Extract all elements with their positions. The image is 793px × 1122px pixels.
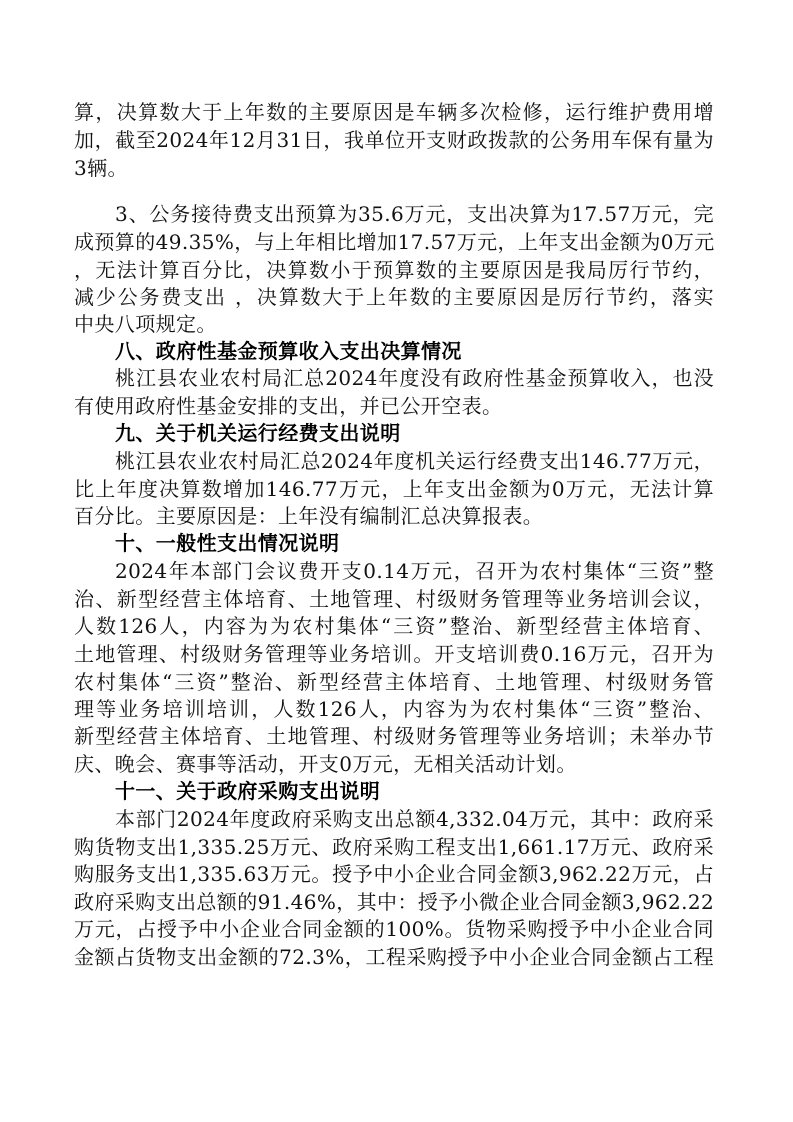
paragraph-general-expense-line-7: 新型经营主体培育、土地管理、村级财务管理等业务培训；未举办节	[74, 722, 714, 750]
paragraph-general-expense-line-3: 人数126人，内容为为农村集体“三资”整治、新型经营主体培育、	[74, 612, 714, 640]
paragraph-procurement-line-6: 金额占货物支出金额的72.3%，工程采购授予中小企业合同金额占工程	[74, 943, 714, 971]
paragraph-general-expense-line-6: 理等业务培训培训，人数126人，内容为为农村集体“三资”整治、	[74, 695, 714, 723]
paragraph-procurement-line-5: 万元，占授予中小企业合同金额的100%。货物采购授予中小企业合同	[74, 915, 714, 943]
section-heading-11: 十一、关于政府采购支出说明	[115, 777, 714, 805]
paragraph-reception-line-1: 3、公务接待费支出预算为35.6万元，支出决算为17.57万元，完	[115, 200, 714, 228]
paragraph-vehicle-line-2: 加，截至2024年12月31日，我单位开支财政拨款的公务用车保有量为	[74, 126, 714, 154]
paragraph-general-expense-line-4: 土地管理、村级财务管理等业务培训。开支培训费0.16万元，召开为	[74, 640, 714, 668]
paragraph-reception-line-3: ，无法计算百分比，决算数小于预算数的主要原因是我局厉行节约，	[74, 256, 714, 284]
paragraph-fund-budget-line-2: 有使用政府性基金安排的支出，并已公开空表。	[74, 392, 714, 420]
paragraph-procurement-line-1: 本部门2024年度政府采购支出总额4,332.04万元，其中：政府采	[115, 805, 714, 833]
document-page: 算，决算数大于上年数的主要原因是车辆多次检修，运行维护费用增 加，截至2024年…	[0, 0, 793, 1122]
section-heading-10: 十、一般性支出情况说明	[115, 529, 714, 557]
section-heading-8: 八、政府性基金预算收入支出决算情况	[115, 337, 714, 365]
paragraph-vehicle-line-1: 算，决算数大于上年数的主要原因是车辆多次检修，运行维护费用增	[74, 98, 714, 126]
paragraph-operating-costs-line-3: 百分比。主要原因是：上年没有编制汇总决算报表。	[74, 502, 714, 530]
paragraph-procurement-line-4: 政府采购支出总额的91.46%，其中：授予小微企业合同金额3,962.22	[74, 888, 714, 916]
paragraph-fund-budget-line-1: 桃江县农业农村局汇总2024年度没有政府性基金预算收入，也没	[115, 364, 714, 392]
paragraph-operating-costs-line-2: 比上年度决算数增加146.77万元，上年支出金额为0万元，无法计算	[74, 475, 714, 503]
paragraph-reception-line-5: 中央八项规定。	[74, 310, 714, 338]
paragraph-general-expense-line-1: 2024年本部门会议费开支0.14万元，召开为农村集体“三资”整	[115, 557, 714, 585]
paragraph-operating-costs-line-1: 桃江县农业农村局汇总2024年度机关运行经费支出146.77万元，	[115, 447, 714, 475]
paragraph-procurement-line-2: 购货物支出1,335.25万元、政府采购工程支出1,661.17万元、政府采	[74, 833, 714, 861]
paragraph-general-expense-line-8: 庆、晚会、赛事等活动，开支0万元，无相关活动计划。	[74, 750, 714, 778]
paragraph-procurement-line-3: 购服务支出1,335.63万元。授予中小企业合同金额3,962.22万元，占	[74, 860, 714, 888]
paragraph-general-expense-line-2: 治、新型经营主体培育、土地管理、村级财务管理等业务培训会议，	[74, 585, 714, 613]
paragraph-reception-line-4: 减少公务费支出 ，决算数大于上年数的主要原因是厉行节约，落实	[74, 283, 714, 311]
paragraph-reception-line-2: 成预算的49.35%，与上年相比增加17.57万元，上年支出金额为0万元	[74, 228, 714, 256]
paragraph-general-expense-line-5: 农村集体“三资”整治、新型经营主体培育、土地管理、村级财务管	[74, 668, 714, 696]
paragraph-vehicle-line-3: 3辆。	[74, 154, 714, 182]
section-heading-9: 九、关于机关运行经费支出说明	[115, 419, 714, 447]
